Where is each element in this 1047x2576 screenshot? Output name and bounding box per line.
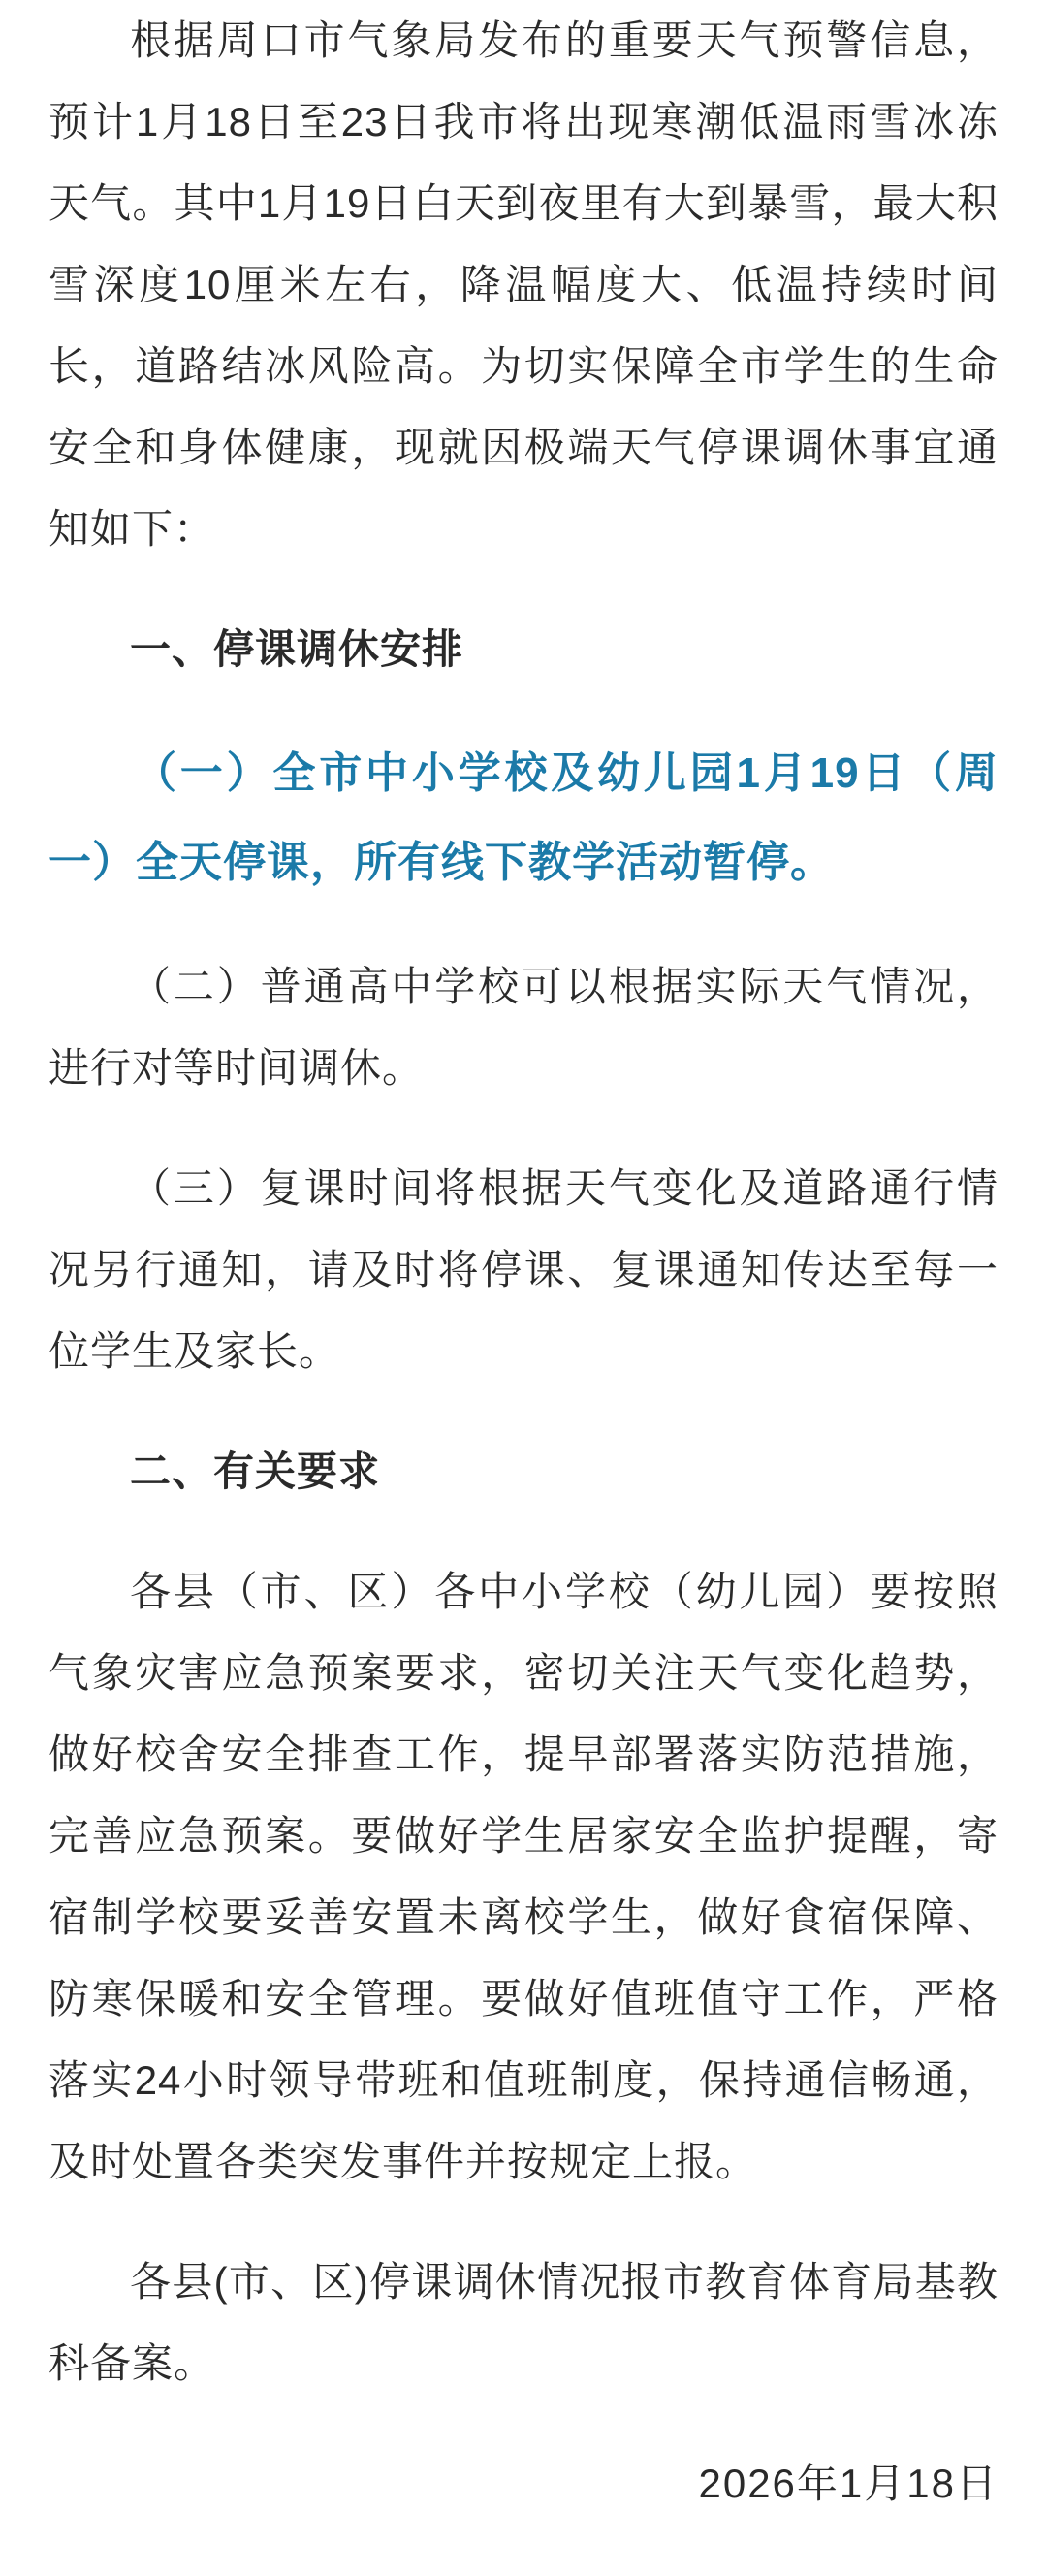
paragraph-class-resumption-notice: （三）复课时间将根据天气变化及道路通行情况另行通知，请及时将停课、复课通知传达至… bbox=[48, 1148, 999, 1392]
paragraph-high-school-adjustment: （二）普通高中学校可以根据实际天气情况，进行对等时间调休。 bbox=[48, 946, 999, 1109]
paragraph-requirements-detail: 各县（市、区）各中小学校（幼儿园）要按照气象灾害应急预案要求，密切关注天气变化趋… bbox=[48, 1551, 999, 2203]
notice-document: 根据周口市气象局发布的重要天气预警信息，预计1月18日至23日我市将出现寒潮低温… bbox=[0, 0, 1047, 2576]
heading-section-2-requirements: 二、有关要求 bbox=[48, 1431, 999, 1512]
paragraph-filing-record: 各县(市、区)停课调休情况报市教育体育局基教科备案。 bbox=[48, 2242, 999, 2404]
heading-section-1-suspension-arrangement: 一、停课调休安排 bbox=[48, 609, 999, 690]
document-date: 2026年1月18日 bbox=[48, 2443, 999, 2525]
paragraph-weather-intro: 根据周口市气象局发布的重要天气预警信息，预计1月18日至23日我市将出现寒潮低温… bbox=[48, 0, 999, 570]
paragraph-suspension-highlight: （一）全市中小学校及幼儿园1月19日（周一）全天停课，所有线下教学活动暂停。 bbox=[48, 729, 999, 907]
